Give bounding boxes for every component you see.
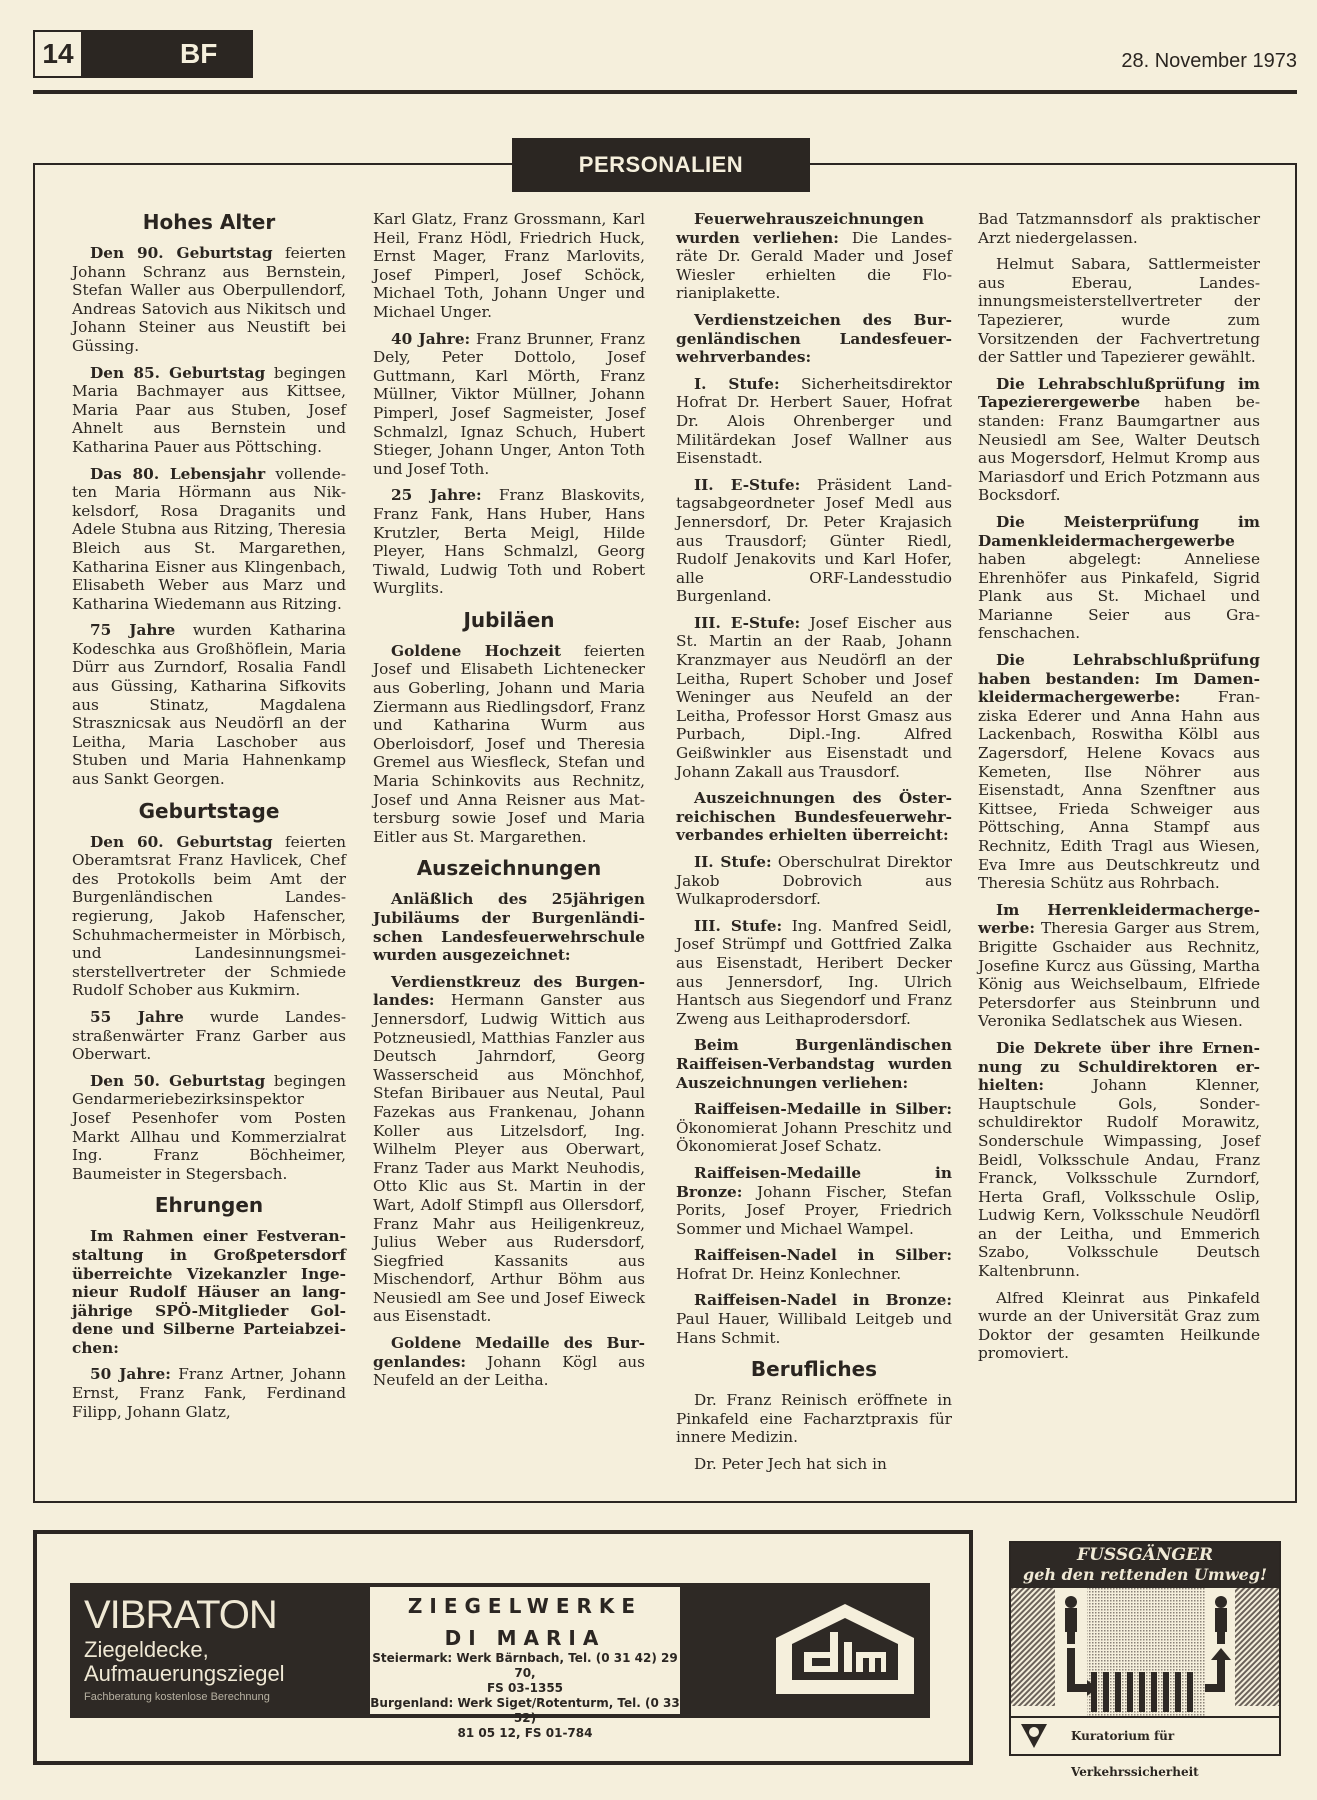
paragraph: Dr. Peter Jech hat sich in	[676, 1455, 952, 1474]
paragraph: Verdienstzeichen des Bur­genländischen L…	[676, 311, 952, 367]
ziegelwerke-panel: ZIEGELWERKE DI MARIA Steiermark: Werk Bä…	[370, 1587, 680, 1714]
paragraph: Die Dekrete über ihre Ernen­nung zu Schu…	[978, 1039, 1260, 1281]
vibraton-line-1: Ziegeldecke,	[84, 1637, 209, 1663]
paragraph: Raiffeisen-Medaille in Silber: Ökonomier…	[676, 1100, 952, 1156]
paragraph: Auszeichnungen des Öster­reichischen Bun…	[676, 789, 952, 845]
paragraph: Goldene Hochzeit feierten Josef und Elis…	[373, 642, 645, 847]
ziegelwerke-title-2: DI MARIA	[370, 1625, 680, 1651]
paragraph: Die Lehrabschlußprüfung haben bestanden:…	[978, 651, 1260, 893]
vibraton-ad-panel: VIBRATON Ziegeldecke, Aufmauerungsziegel…	[70, 1583, 370, 1718]
section-code: BF	[180, 32, 217, 76]
column-4: Bad Tatzmannsdorf als prakti­scher Arzt …	[978, 210, 1260, 1371]
paragraph: Goldene Medaille des Bur­genlandes: Joha…	[373, 1334, 645, 1390]
paragraph: Das 80. Lebensjahr vollende­ten Maria Hö…	[72, 465, 346, 614]
paragraph: II. E-Stufe: Präsident Land­tagsabgeordn…	[676, 476, 952, 606]
heading-jubilaeen: Jubiläen	[373, 608, 645, 632]
column-3: Feuerwehrauszeichnungen wurden verliehen…	[676, 210, 952, 1482]
paragraph: Den 60. Geburtstag feierten Oberamtsrat …	[72, 833, 346, 1000]
paragraph: Anläßlich des 25jährigen Jubiläums der B…	[373, 890, 645, 964]
safety-title-1: FUSSGÄNGER	[1011, 1543, 1279, 1565]
heading-geburtstage: Geburtstage	[72, 799, 346, 823]
paragraph: Den 50. Geburtstag begingen Gendarmerieb…	[72, 1072, 346, 1184]
ziegelwerke-address-2: FS 03-1355	[370, 1681, 680, 1696]
paragraph: Dr. Franz Reinisch eröffnete in Pinkafel…	[676, 1391, 952, 1447]
dim-house-logo-icon	[770, 1600, 920, 1700]
safety-title-2: geh den rettenden Umweg!	[1011, 1565, 1279, 1588]
paragraph: I. Stufe: Sicherheitsdirektor Hofrat Dr.…	[676, 375, 952, 468]
column-1: Hohes Alter Den 90. Geburtstag feierten …	[72, 210, 346, 1429]
heading-berufliches: Berufliches	[676, 1357, 952, 1381]
ziegelwerke-address-1: Steiermark: Werk Bärnbach, Tel. (0 31 42…	[370, 1651, 680, 1681]
heading-auszeichnungen: Auszeichnungen	[373, 856, 645, 880]
paragraph: III. E-Stufe: Josef Eischer aus St. Mart…	[676, 614, 952, 781]
paragraph: Alfred Kleinrat aus Pinka­feld wurde an …	[978, 1289, 1260, 1363]
kuratorium-shield-icon	[1019, 1722, 1049, 1750]
paragraph: Raiffeisen-Medaille in Bronze: Johann Fi…	[676, 1164, 952, 1238]
paragraph: 50 Jahre: Franz Artner, Jo­hann Ernst, F…	[72, 1365, 346, 1421]
vibraton-logo: VIBRATON	[84, 1593, 277, 1638]
paragraph: 55 Jahre wurde Landes­straßenwärter Fran…	[72, 1008, 346, 1064]
header-rule	[33, 90, 1297, 94]
paragraph: Raiffeisen-Nadel in Silber: Hofrat Dr. H…	[676, 1246, 952, 1283]
page-header-box: 14 BF	[33, 30, 253, 78]
page-number: 14	[35, 32, 83, 76]
vibraton-line-2: Aufmauerungsziegel	[84, 1661, 285, 1687]
paragraph: Bad Tatzmannsdorf als prakti­scher Arzt …	[978, 210, 1260, 247]
paragraph: Im Rahmen einer Festveran­staltung in Gr…	[72, 1227, 346, 1357]
paragraph: Beim Burgenländischen Raiffeisen-Verband…	[676, 1036, 952, 1092]
paragraph: Die Lehrabschlußprüfung im Tapezierergew…	[978, 375, 1260, 505]
paragraph: Raiffeisen-Nadel in Bronze: Paul Hauer, …	[676, 1291, 952, 1347]
ad-ziegelwerke: VIBRATON Ziegeldecke, Aufmauerungsziegel…	[70, 1583, 930, 1718]
paragraph: II. Stufe: Oberschulrat Direktor Jakob D…	[676, 853, 952, 909]
vibraton-line-3: Fachberatung kostenlose Berechnung	[84, 1691, 270, 1703]
issue-date: 28. November 1973	[1121, 50, 1297, 73]
paragraph: Feuerwehrauszeichnungen wurden verliehen…	[676, 210, 952, 303]
paragraph: Den 90. Geburtstag feierten Johann Schra…	[72, 244, 346, 356]
section-banner: PERSONALIEN	[512, 138, 810, 192]
paragraph: Karl Glatz, Franz Grossmann, Karl Heil, …	[373, 210, 645, 322]
kuratorium-label: Kuratorium für Verkehrssicherheit	[1071, 1718, 1279, 1790]
heading-hohes-alter: Hohes Alter	[72, 210, 346, 234]
paragraph: 25 Jahre: Franz Blaskovits, Franz Fank, …	[373, 486, 645, 598]
paragraph: 40 Jahre: Franz Brunner, Franz Dely, Pet…	[373, 330, 645, 479]
paragraph: III. Stufe: Ing. Manfred Seidl, Josef St…	[676, 917, 952, 1029]
safety-ad-footer: Kuratorium für Verkehrssicherheit	[1011, 1716, 1279, 1754]
heading-ehrungen: Ehrungen	[72, 1193, 346, 1217]
ziegelwerke-address-3: Burgenland: Werk Siget/Rotenturm, Tel. (…	[370, 1696, 680, 1726]
paragraph: Im Herrenkleidermacherge­werbe: Theresia…	[978, 901, 1260, 1031]
paragraph: Die Meisterprüfung im Damenkleidermacher…	[978, 513, 1260, 643]
crosswalk-illustration-icon	[1011, 1588, 1279, 1716]
paragraph: 75 Jahre wurden Katharina Kodeschka aus …	[72, 621, 346, 788]
ziegelwerke-address-4: 81 05 12, FS 01-784	[370, 1726, 680, 1741]
safety-ad-header: FUSSGÄNGER geh den rettenden Umweg!	[1011, 1543, 1279, 1588]
ziegelwerke-title-1: ZIEGELWERKE	[370, 1593, 680, 1619]
paragraph: Verdienstkreuz des Burgen­landes: Herman…	[373, 973, 645, 1326]
paragraph: Den 85. Geburtstag begingen Maria Bachma…	[72, 364, 346, 457]
paragraph: Helmut Sabara, Sattler­meister aus Ebera…	[978, 255, 1260, 367]
ad-pedestrian-safety: FUSSGÄNGER geh den rettenden Umweg!	[1009, 1541, 1281, 1756]
column-2: Karl Glatz, Franz Grossmann, Karl Heil, …	[373, 210, 645, 1398]
